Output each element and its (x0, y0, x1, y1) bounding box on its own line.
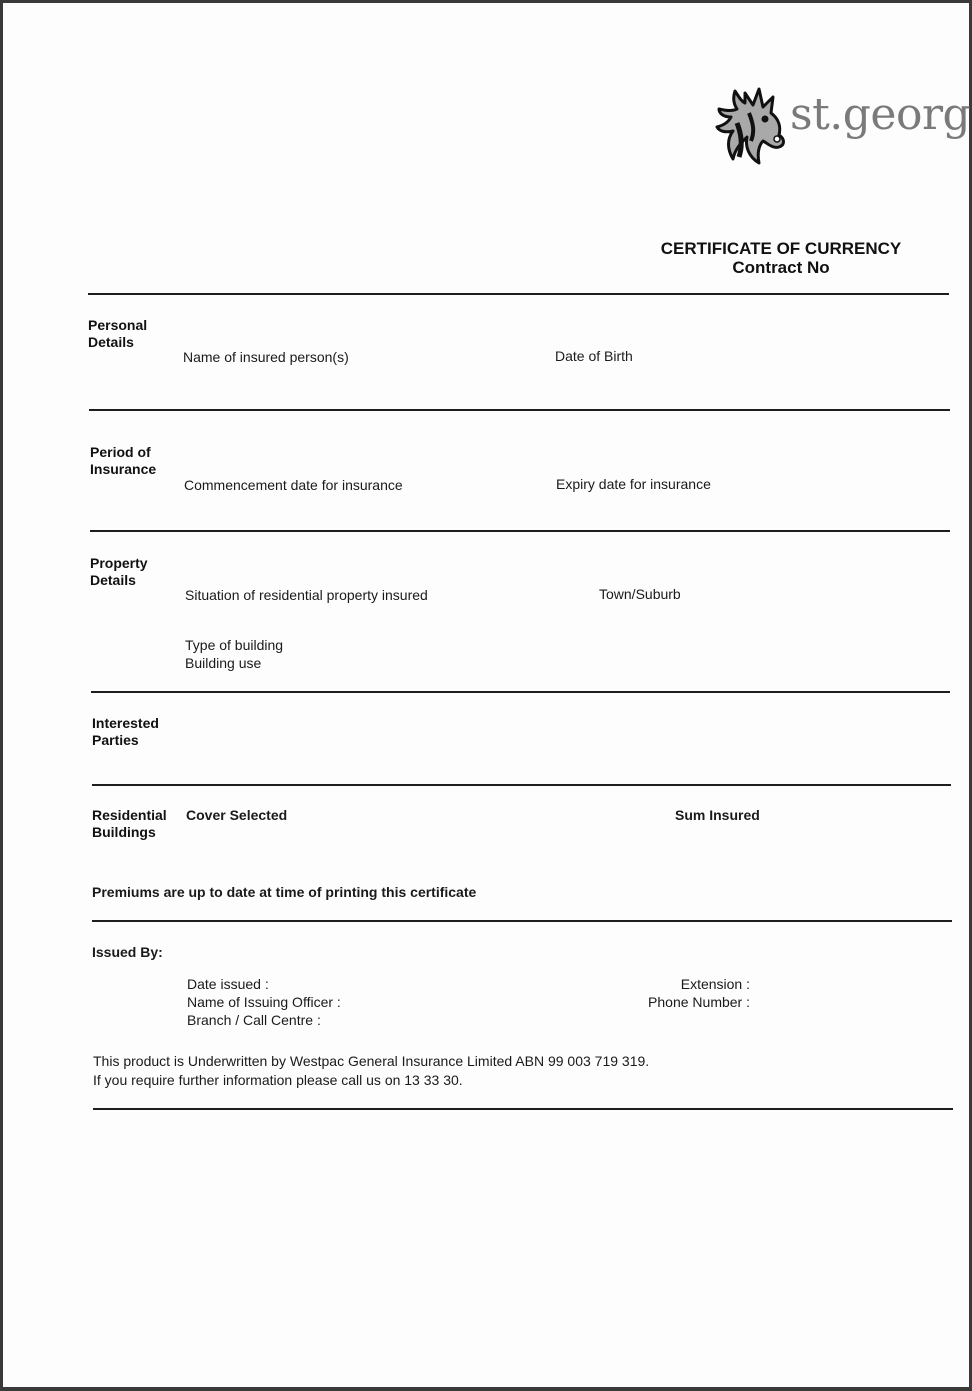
section-label-issued-by: Issued By: (92, 943, 163, 961)
divider (89, 409, 950, 411)
field-building-use: Building use (185, 654, 261, 672)
divider (93, 1108, 953, 1110)
brand-wordmark: st.georg (790, 89, 970, 140)
divider (92, 920, 952, 922)
field-insured-name: Name of insured person(s) (183, 348, 349, 366)
field-date-of-birth: Date of Birth (555, 347, 633, 365)
contact-statement: If you require further information pleas… (93, 1071, 463, 1089)
field-commencement-date: Commencement date for insurance (184, 476, 403, 494)
field-phone-number: Phone Number : (563, 993, 750, 1011)
divider (90, 530, 950, 532)
st-george-logo: st.georg (715, 81, 970, 167)
section-label-personal-details: Personal Details (88, 317, 147, 351)
field-town-suburb: Town/Suburb (599, 585, 681, 603)
field-issuing-officer: Name of Issuing Officer : (187, 993, 341, 1011)
certificate-page: st.georg CERTIFICATE OF CURRENCY Contrac… (3, 3, 969, 1387)
field-property-situation: Situation of residential property insure… (185, 586, 428, 604)
cover-selected-heading: Cover Selected (186, 806, 287, 824)
page-title: CERTIFICATE OF CURRENCY (648, 239, 914, 258)
sum-insured-heading: Sum Insured (675, 806, 760, 824)
underwriter-statement: This product is Underwritten by Westpac … (93, 1052, 649, 1070)
field-branch-call-centre: Branch / Call Centre : (187, 1011, 321, 1029)
section-label-period-of-insurance: Period of Insurance (90, 444, 156, 478)
certificate-heading: CERTIFICATE OF CURRENCY Contract No (648, 239, 914, 277)
section-label-property-details: Property Details (90, 555, 148, 589)
section-label-residential-buildings: Residential Buildings (92, 807, 167, 841)
section-label-interested-parties: Interested Parties (92, 715, 159, 749)
contract-number-label: Contract No (648, 258, 914, 277)
field-expiry-date: Expiry date for insurance (556, 475, 711, 493)
premiums-note: Premiums are up to date at time of print… (92, 883, 476, 901)
field-date-issued: Date issued : (187, 975, 269, 993)
divider (91, 691, 950, 693)
field-extension: Extension : (563, 975, 750, 993)
divider (88, 293, 949, 295)
dragon-head-icon (715, 83, 787, 165)
field-type-of-building: Type of building (185, 636, 283, 654)
divider (92, 784, 951, 786)
